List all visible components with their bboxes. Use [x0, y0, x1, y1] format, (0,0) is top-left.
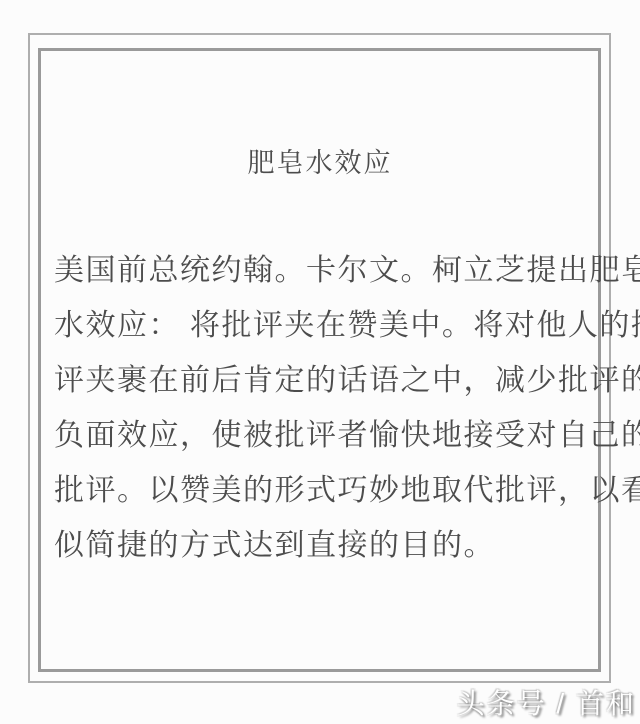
watermark-label: 头条号 / 首和 [457, 682, 636, 722]
body-line: 评夹裹在前后肯定的话语之中，减少批评的 [54, 353, 594, 408]
body-line: 似简捷的方式达到直接的目的。 [54, 518, 594, 573]
quote-card-page: 肥皂水效应 美国前总统约翰。卡尔文。柯立芝提出肥皂 水效应： 将批评夹在赞美中。… [0, 0, 640, 724]
card-title: 肥皂水效应 [40, 141, 600, 180]
body-line: 批评。以赞美的形式巧妙地取代批评，以看 [54, 463, 594, 518]
body-line: 水效应： 将批评夹在赞美中。将对他人的批 [54, 298, 594, 353]
body-line: 负面效应，使被批评者愉快地接受对自己的 [54, 408, 594, 463]
card-body: 美国前总统约翰。卡尔文。柯立芝提出肥皂 水效应： 将批评夹在赞美中。将对他人的批… [54, 243, 594, 573]
body-line: 美国前总统约翰。卡尔文。柯立芝提出肥皂 [54, 243, 594, 298]
